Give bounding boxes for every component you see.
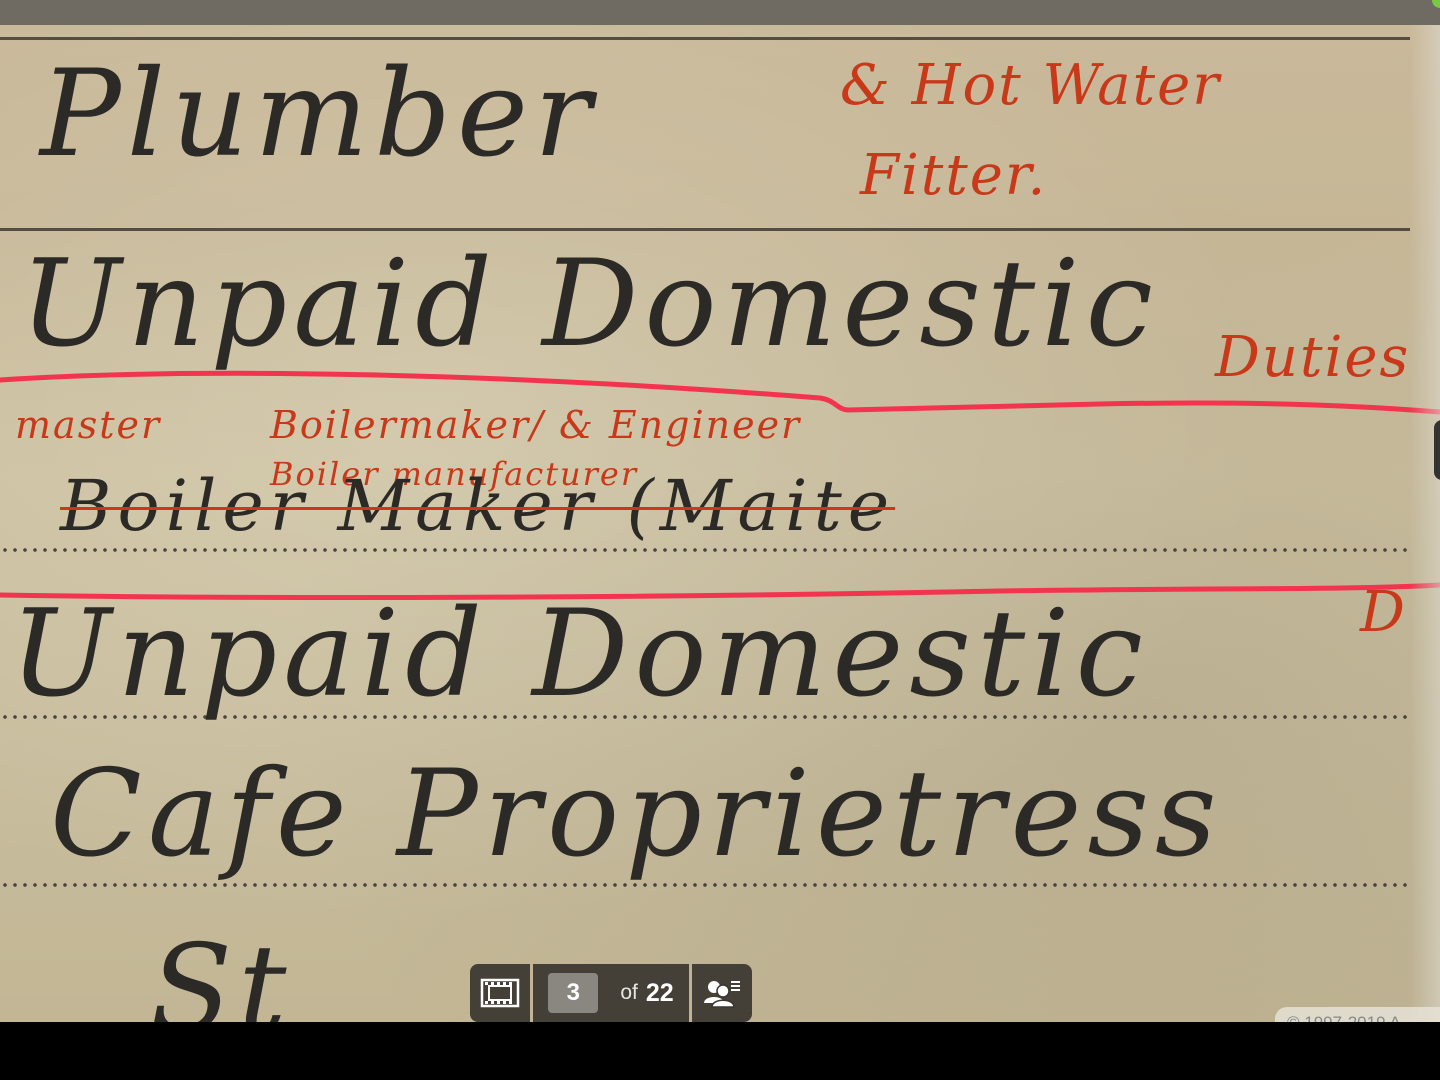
page-indicator: 3 of 22: [533, 964, 689, 1022]
filmstrip-icon: [480, 978, 520, 1008]
document-image-viewer[interactable]: Plumber & Hot Water Fitter. Unpaid Domes…: [0, 25, 1440, 1022]
total-pages: 22: [646, 979, 674, 1008]
status-corner-indicator: [1432, 0, 1440, 8]
page-edge: [1410, 25, 1440, 1022]
people-index-button[interactable]: [692, 964, 752, 1022]
of-label: of: [620, 981, 638, 1005]
top-bar: [0, 0, 1440, 25]
side-panel-handle[interactable]: [1434, 420, 1440, 480]
page-navigation-toolbar: 3 of 22: [470, 964, 752, 1022]
filmstrip-button[interactable]: [470, 964, 530, 1022]
bottom-black-bar: [0, 1022, 1440, 1080]
current-page-input[interactable]: 3: [548, 973, 598, 1013]
highlight-annotation: [0, 25, 1440, 1022]
people-list-icon: [702, 977, 742, 1009]
